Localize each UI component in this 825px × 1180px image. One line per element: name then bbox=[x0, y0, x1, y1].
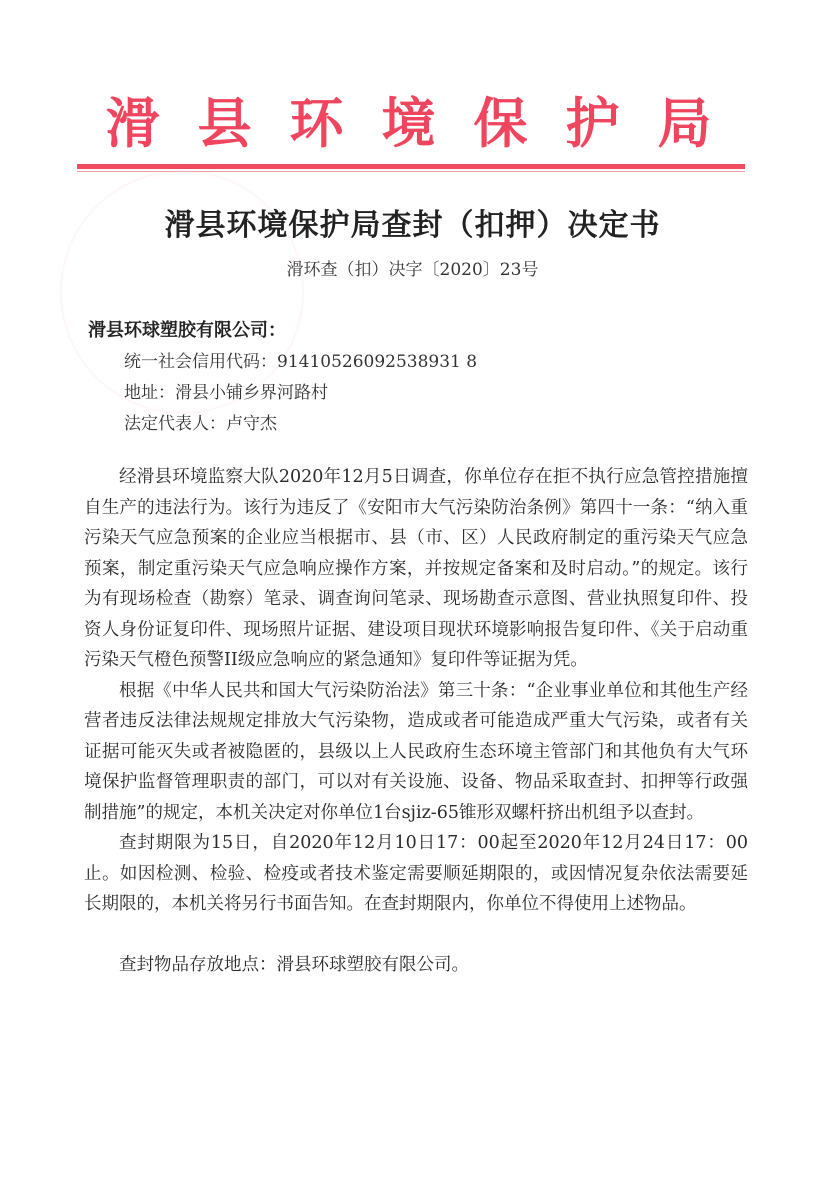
paragraph-seizure-period: 查封期限为15日，自2020年12月10日17：00起至2020年12月24日1… bbox=[84, 828, 748, 920]
document-number: 滑环查（扣）决字〔2020〕23号 bbox=[0, 255, 825, 280]
letterhead-org-name: 滑县环境保护局 bbox=[0, 88, 825, 158]
recipient-name: 滑县环球塑胶有限公司： bbox=[88, 316, 286, 342]
address: 地址：滑县小铺乡界河路村 bbox=[124, 378, 328, 403]
legal-representative: 法定代表人：卢守杰 bbox=[124, 409, 277, 434]
document-body: 经滑县环境监察大队2020年12月5日调查，你单位存在拒不执行应急管控措施擅自生… bbox=[84, 462, 748, 980]
document-title: 滑县环境保护局查封（扣押）决定书 bbox=[0, 200, 825, 244]
credit-code: 统一社会信用代码：91410526092538931 8 bbox=[124, 347, 477, 372]
paragraph-storage-location: 查封物品存放地点：滑县环球塑胶有限公司。 bbox=[84, 950, 748, 981]
paragraph-findings: 经滑县环境监察大队2020年12月5日调查，你单位存在拒不执行应急管控措施擅自生… bbox=[84, 462, 748, 676]
letterhead-divider bbox=[77, 164, 745, 169]
letterhead-divider-thin bbox=[77, 171, 745, 172]
paragraph-legal-basis: 根据《中华人民共和国大气污染防治法》第三十条：“企业事业单位和其他生产经营者违反… bbox=[84, 676, 748, 829]
